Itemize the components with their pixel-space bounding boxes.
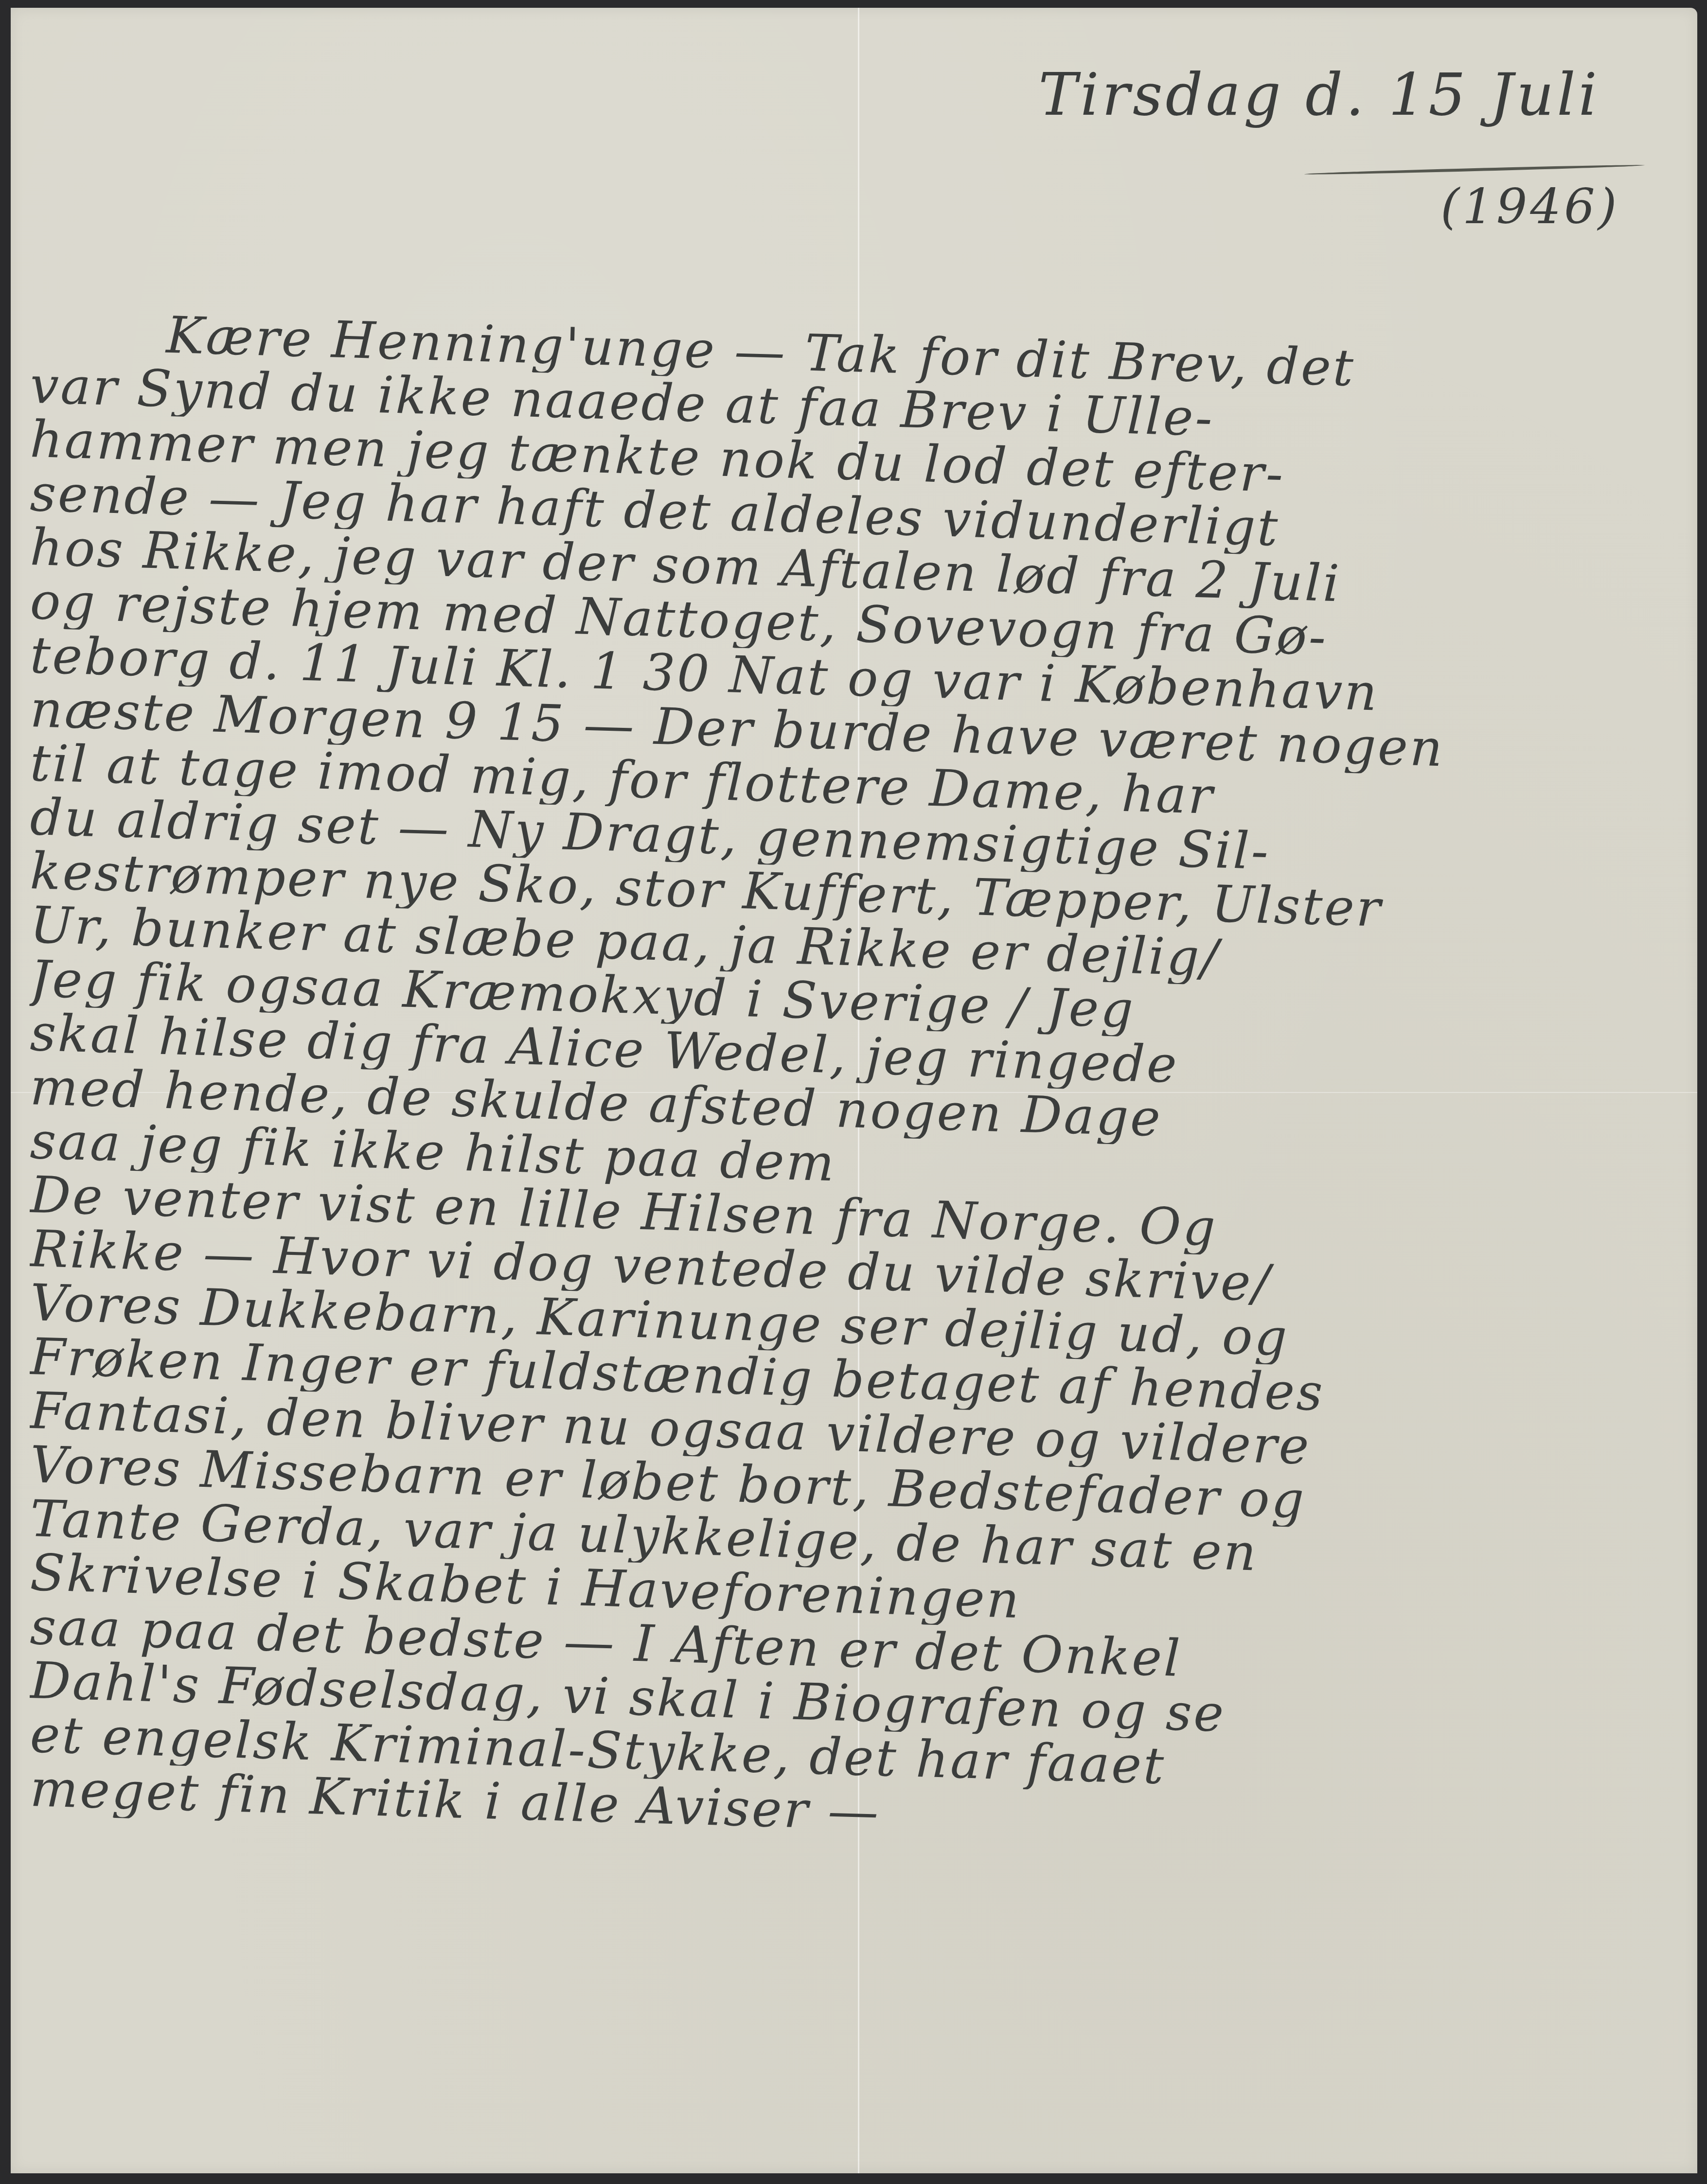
letter-year: (1946) (1440, 178, 1620, 235)
letter-paper: Tirsdag d. 15 Juli (1946) Kære Henning'u… (11, 8, 1697, 2173)
letter-date: Tirsdag d. 15 Juli (1038, 61, 1600, 129)
date-underline (1304, 164, 1645, 176)
letter-body: Kære Henning'unge — Tak for dit Brev, de… (30, 304, 1693, 1815)
